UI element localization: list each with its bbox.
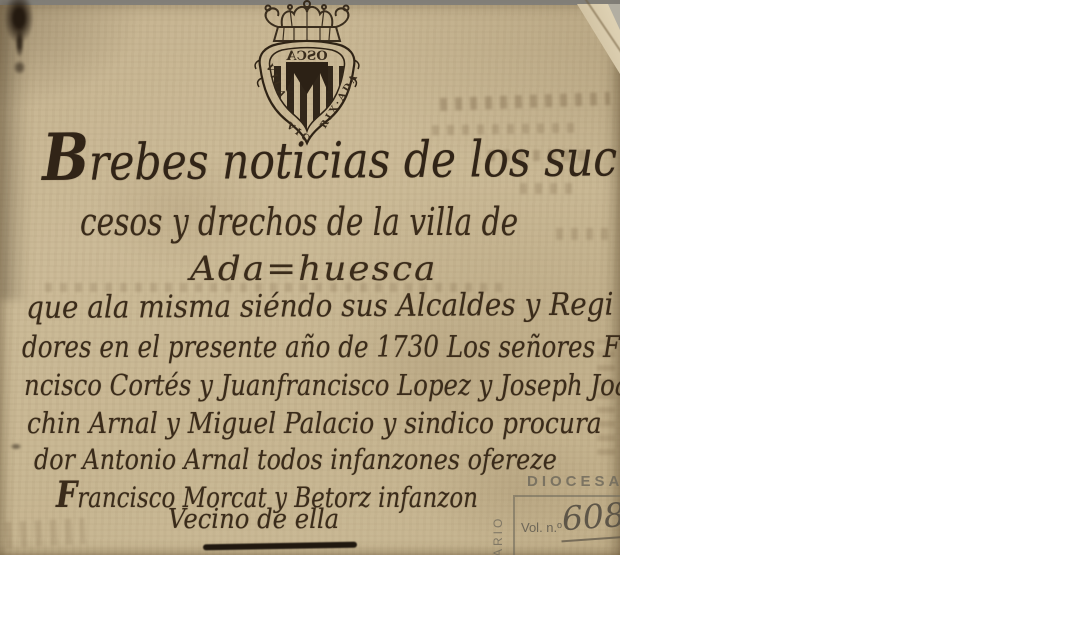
crown-icon [266,1,349,41]
bleed-through-mark [440,92,610,111]
body-line-2: dores en el presente año de 1730 Los señ… [22,333,620,363]
title-line-3: Ada=huesca [190,252,438,286]
stamp-vol-label: Vol. n.º [521,520,562,535]
stamp-vertical-text: ARIO [491,497,505,555]
bleed-through-mark [4,518,85,548]
ink-blot [13,60,26,75]
ink-blot [15,28,24,58]
ink-blot [10,443,22,450]
stamp-vol-number: 608 [559,495,620,543]
title-line-1: Brebes noticias de los suc [42,121,617,191]
closing-rule [203,542,357,551]
body-line-1: que ala misma siéndo sus Alcaldes y Regi [26,290,614,324]
body-line-5: dor Antonio Arnal todos infanzones ofere… [34,446,557,474]
body-line-4: chin Arnal y Miguel Palacio y sindico pr… [27,409,602,438]
footer-line-2: Vecino de ella [168,506,339,533]
scan-canvas: OSCA VILA VIC RIX·ADA Brebes noticias de… [0,0,1080,630]
body-line-3: ncisco Cortés y Juanfrancisco Lopez y Jo… [24,371,620,400]
stamp-word: DIOCESA [527,473,620,490]
manuscript-page: OSCA VILA VIC RIX·ADA Brebes noticias de… [0,0,620,555]
title-line-2: cesos y drechos de la villa de [80,203,518,241]
emblem-motto-top: OSCA [286,49,328,64]
bleed-through-mark [556,228,611,240]
